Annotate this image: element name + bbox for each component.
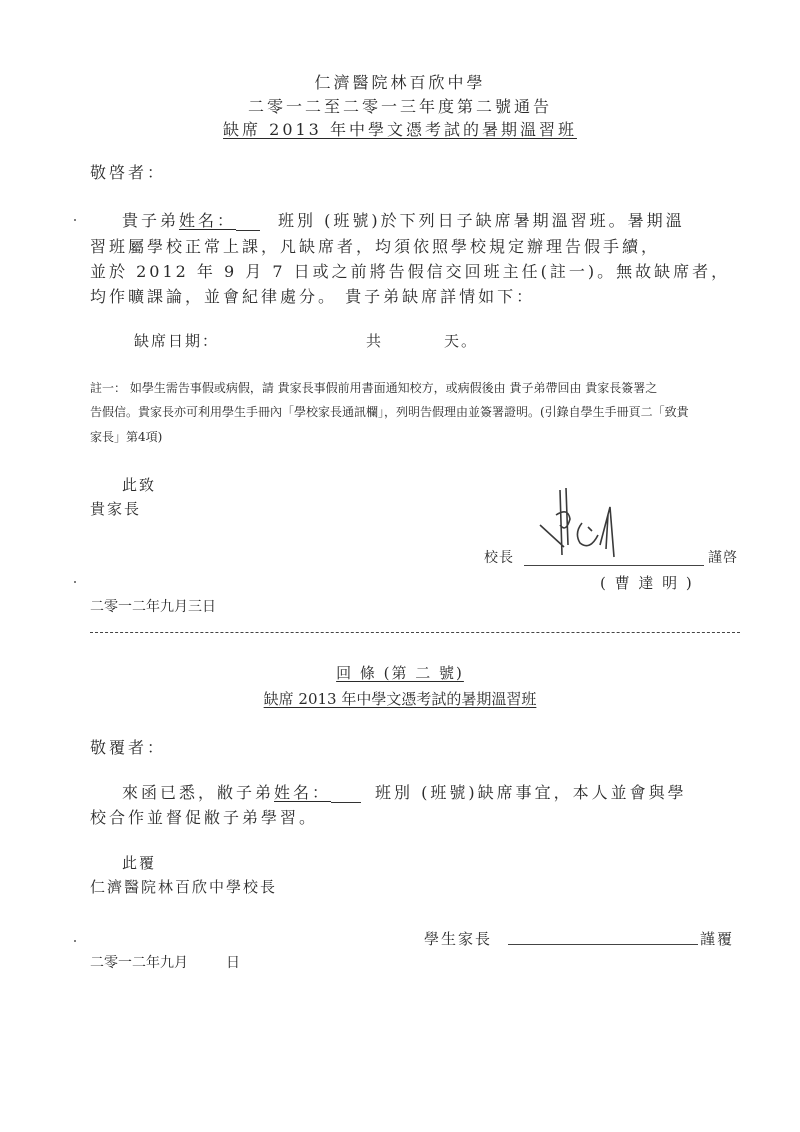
closing-line-2: 貴家長 — [90, 498, 141, 519]
body-prefix: 貴子弟 — [122, 211, 179, 230]
scan-dot — [74, 581, 76, 583]
reply-body-line-1: 來函已悉，敝子弟姓名：班別 (班號)缺席事宜，本人並會與學 — [122, 780, 687, 803]
notice-number: 二零一二至二零一三年度第二號通告 — [0, 94, 800, 117]
principal-suffix: 謹啓 — [708, 547, 738, 567]
body-line-4: 均作曠課論，並會紀律處分。 貴子弟缺席詳情如下： — [90, 284, 535, 307]
body-line-1: 貴子弟姓名：班別 (班號)於下列日子缺席暑期溫習班。暑期溫 — [122, 208, 685, 231]
notice-date: 二零一二年九月三日 — [90, 596, 216, 616]
reply-date-prefix: 二零一二年九月 — [90, 955, 188, 971]
body-line-2: 習班屬學校正常上課，凡缺席者，均須依照學校規定辦理告假手續， — [90, 234, 660, 257]
parent-signature-line[interactable] — [508, 944, 698, 945]
parent-suffix: 謹覆 — [700, 928, 734, 949]
principal-name: ( 曹 達 明 ) — [600, 572, 694, 593]
absence-total-label: 共 — [366, 330, 383, 351]
reply-body-prefix: 來函已悉，敝子弟 — [122, 783, 274, 802]
name-label: 姓名： — [179, 211, 236, 230]
scan-dot — [74, 219, 76, 221]
cut-line — [90, 632, 740, 633]
reply-closing-line-2: 仁濟醫院林百欣中學校長 — [90, 876, 277, 897]
notice-subject: 缺席 2013 年中學文憑考試的暑期溫習班 — [223, 120, 577, 139]
reply-date: 二零一二年九月日 — [90, 952, 240, 972]
reply-slip-title: 回 條 (第 二 號) — [336, 664, 464, 682]
closing-line-1: 此致 — [122, 474, 156, 495]
reply-body-line-1-suffix: 班別 (班號)缺席事宜，本人並會與學 — [375, 783, 687, 802]
body-line-1-suffix: 班別 (班號)於下列日子缺席暑期溫習班。暑期溫 — [278, 211, 685, 230]
reply-salutation: 敬覆者： — [90, 735, 166, 758]
reply-closing-line-1: 此覆 — [122, 852, 156, 873]
absence-days-label: 天。 — [444, 330, 478, 351]
reply-date-suffix: 日 — [226, 955, 240, 971]
salutation: 敬啓者： — [90, 160, 166, 183]
school-name: 仁濟醫院林百欣中學 — [0, 70, 800, 93]
body-line-3: 並於 2012 年 9 月 7 日或之前將告假信交回班主任(註一)。無故缺席者， — [90, 259, 730, 282]
footnote-line-3: 家長」第4項) — [90, 428, 162, 445]
scan-dot — [74, 940, 76, 942]
principal-label: 校長 — [484, 547, 514, 567]
reply-slip-subject: 缺席 2013 年中學文憑考試的暑期溫習班 — [264, 690, 537, 708]
footnote-line-2: 告假信。貴家長亦可利用學生手冊內「學校家長通訊欄」，列明告假理由並簽署證明。(引… — [90, 403, 689, 420]
reply-name-label: 姓名： — [274, 783, 331, 802]
reply-name-blank — [331, 802, 361, 803]
parent-label: 學生家長 — [424, 928, 492, 949]
footnote-line-1: 註一： 如學生需告事假或病假，請 貴家長事假前用書面通知校方，或病假後由 貴子弟… — [90, 379, 657, 396]
absence-date-label: 缺席日期： — [134, 330, 219, 351]
signature-scribble-icon — [530, 485, 630, 567]
name-blank — [236, 230, 260, 231]
reply-body-line-2: 校合作並督促敝子弟學習。 — [90, 805, 318, 828]
